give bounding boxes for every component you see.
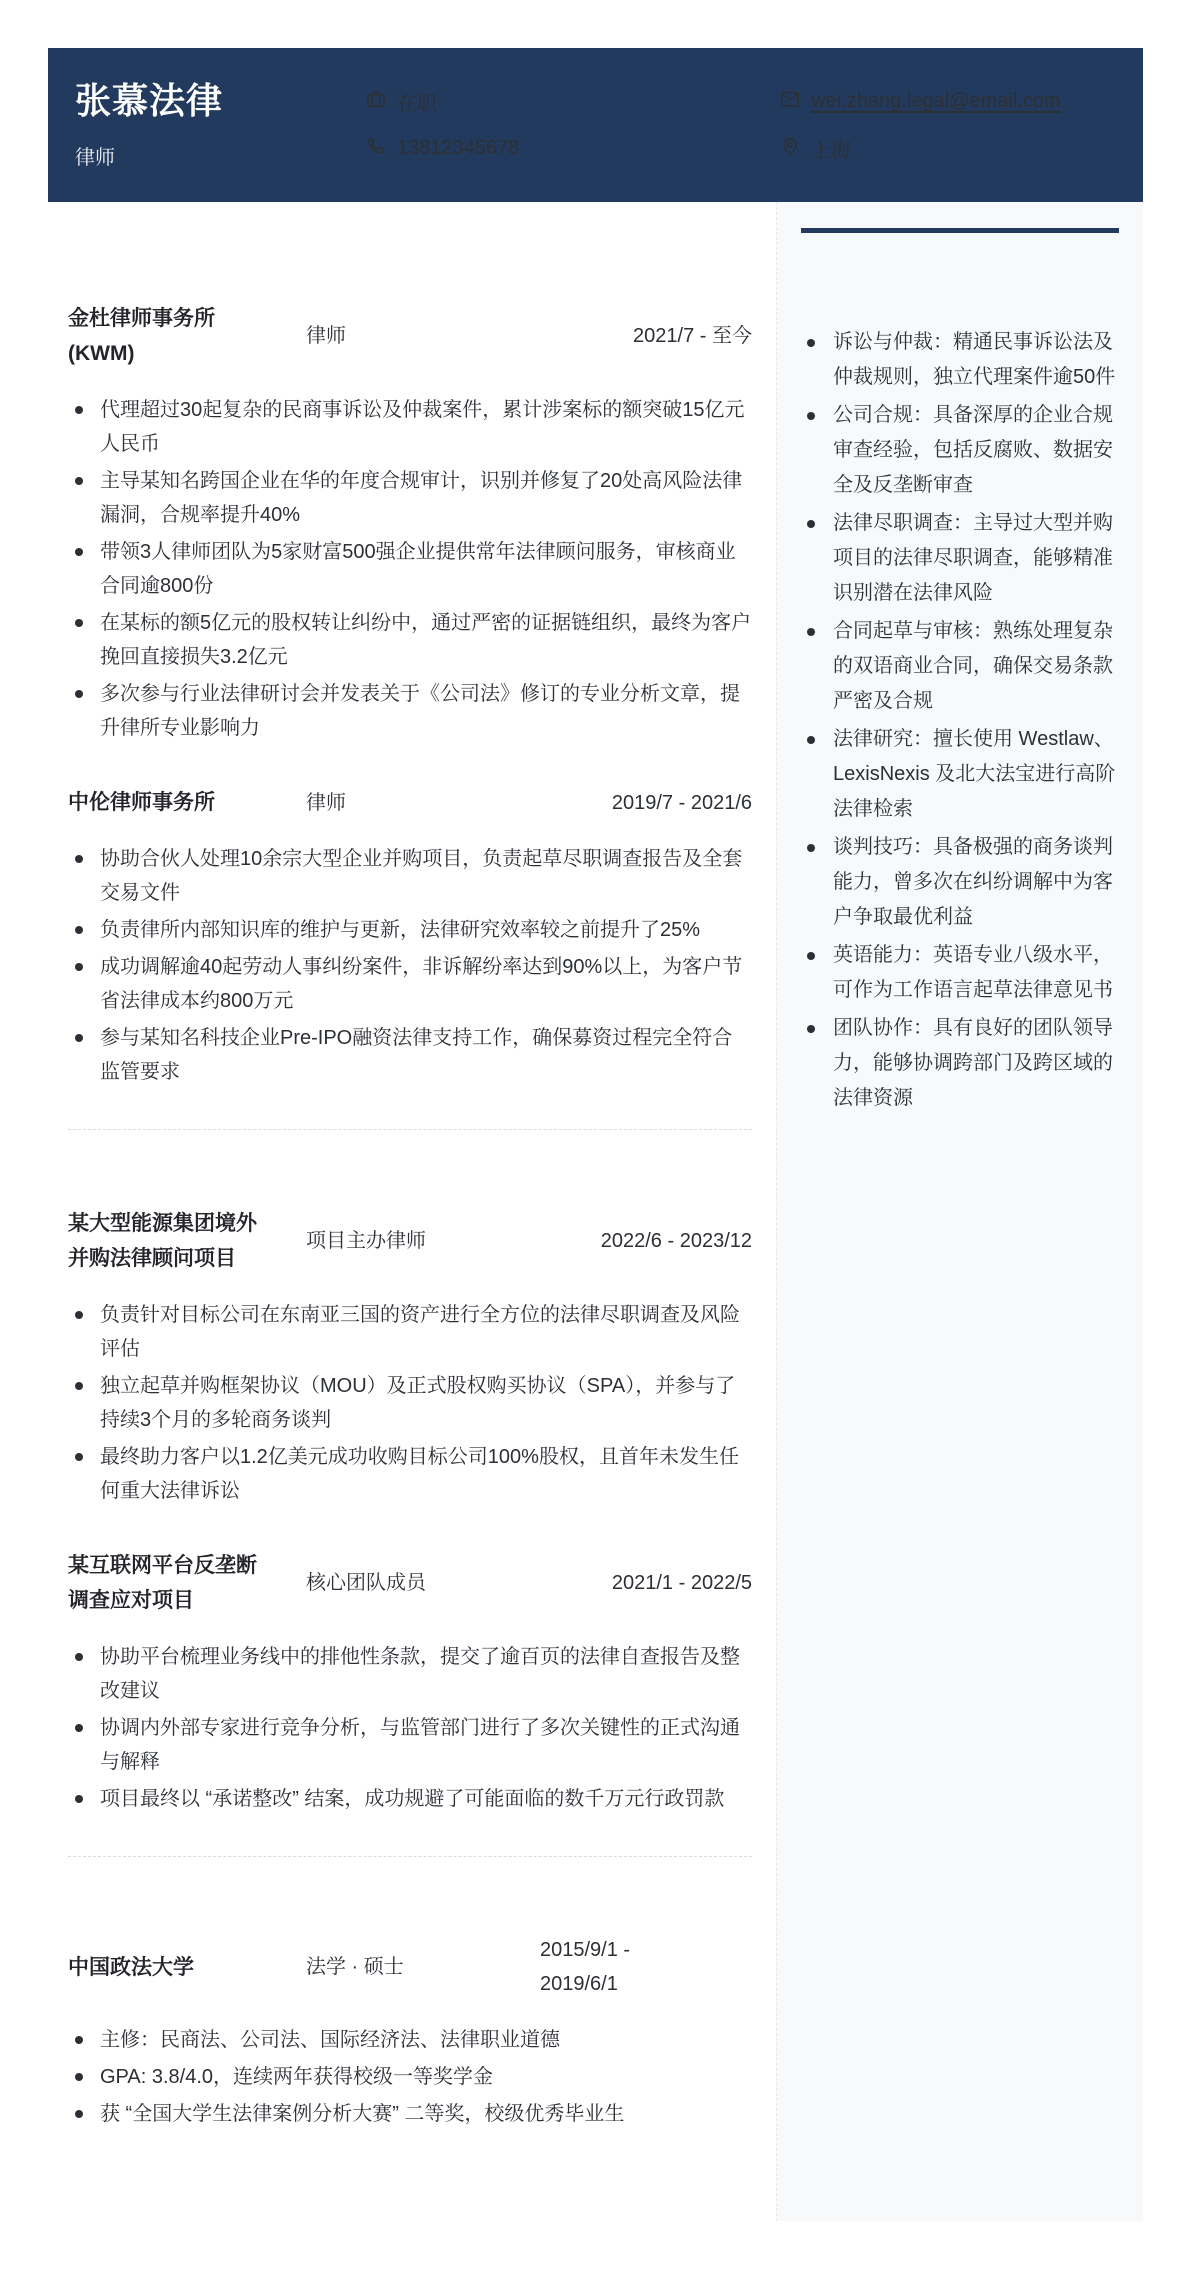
entry-header: 某大型能源集团境外并购法律顾问项目 项目主办律师 2022/6 - 2023/1… (68, 1206, 752, 1276)
school-name: 中国政法大学 (68, 1950, 268, 1985)
skill-item: 法律尽职调查：主导过大型并购项目的法律尽职调查，能够精准识别潜在法律风险 (801, 506, 1119, 611)
achievement-item: 带领3人律师团队为5家财富500强企业提供常年法律顾问服务，审核商业合同逾800… (68, 535, 752, 603)
achievement-item: 主修：民商法、公司法、国际经济法、法律职业道德 (68, 2023, 752, 2057)
skills-sidebar: 诉讼与仲裁：精通民事诉讼法及仲裁规则，独立代理案件逾50件 公司合规：具备深厚的… (776, 202, 1143, 2221)
skill-item: 法律研究：擅长使用 Westlaw、LexisNexis 及北大法宝进行高阶法律… (801, 722, 1119, 827)
skills-list: 诉讼与仲裁：精通民事诉讼法及仲裁规则，独立代理案件逾50件 公司合规：具备深厚的… (801, 325, 1119, 1116)
contact-phone-text: 13812345678 (397, 137, 519, 160)
contact-status: 在职 (365, 87, 779, 116)
date-range: 2022/6 - 2023/12 (601, 1224, 752, 1258)
achievement-item: 获 “全国大学生法律案例分析大赛” 二等奖，校级优秀毕业生 (68, 2097, 752, 2131)
job-role: 律师 (306, 319, 346, 353)
person-name: 张慕法律 (75, 80, 365, 121)
achievement-list: 负责针对目标公司在东南亚三国的资产进行全方位的法律尽职调查及风险评估 独立起草并… (68, 1298, 752, 1508)
date-range: 2021/1 - 2022/5 (612, 1566, 752, 1600)
project-role: 项目主办律师 (306, 1224, 426, 1258)
entry-header: 某互联网平台反垄断调查应对项目 核心团队成员 2021/1 - 2022/5 (68, 1548, 752, 1618)
entry-header: 金杜律师事务所 (KWM) 律师 2021/7 - 至今 (68, 301, 752, 371)
project-entry: 某互联网平台反垄断调查应对项目 核心团队成员 2021/1 - 2022/5 协… (68, 1548, 752, 1816)
experience-entry: 金杜律师事务所 (KWM) 律师 2021/7 - 至今 代理超过30起复杂的民… (68, 301, 752, 745)
achievement-list: 主修：民商法、公司法、国际经济法、法律职业道德 GPA: 3.8/4.0，连续两… (68, 2023, 752, 2131)
achievement-item: GPA: 3.8/4.0，连续两年获得校级一等奖学金 (68, 2060, 752, 2094)
header-band: 张慕法律 律师 在职 wei.zhang.legal@email.com 138… (48, 48, 1143, 202)
skill-item: 英语能力：英语专业八级水平，可作为工作语言起草法律意见书 (801, 938, 1119, 1008)
location-pin-icon (779, 135, 801, 163)
sidebar-accent-rule (801, 228, 1119, 233)
achievement-item: 参与某知名科技企业Pre-IPO融资法律支持工作，确保募资过程完全符合监管要求 (68, 1021, 752, 1089)
project-name: 某互联网平台反垄断调查应对项目 (68, 1548, 268, 1618)
person-title: 律师 (75, 141, 365, 170)
project-entry: 某大型能源集团境外并购法律顾问项目 项目主办律师 2022/6 - 2023/1… (68, 1206, 752, 1508)
achievement-list: 代理超过30起复杂的民商事诉讼及仲裁案件，累计涉案标的额突破15亿元人民币 主导… (68, 393, 752, 745)
mail-icon (779, 88, 801, 116)
skill-item: 团队协作：具有良好的团队领导力，能够协调跨部门及跨区域的法律资源 (801, 1011, 1119, 1116)
education-entry: 中国政法大学 法学 · 硕士 2015/9/1 - 2019/6/1 主修：民商… (68, 1933, 752, 2131)
briefcase-icon (365, 88, 387, 116)
company-name: 中伦律师事务所 (68, 785, 268, 820)
contact-email: wei.zhang.legal@email.com (779, 88, 1119, 116)
skill-item: 谈判技巧：具备极强的商务谈判能力，曾多次在纠纷调解中为客户争取最优利益 (801, 830, 1119, 935)
achievement-list: 协助平台梳理业务线中的排他性条款，提交了逾百页的法律自查报告及整改建议 协调内外… (68, 1640, 752, 1816)
contact-location-text: 上海 (811, 134, 851, 163)
job-role: 律师 (306, 786, 346, 820)
phone-icon (365, 135, 387, 163)
section-divider (68, 1856, 752, 1857)
achievement-list: 协助合伙人处理10余宗大型企业并购项目，负责起草尽职调查报告及全套交易文件 负责… (68, 842, 752, 1089)
main-column: 金杜律师事务所 (KWM) 律师 2021/7 - 至今 代理超过30起复杂的民… (48, 202, 776, 2221)
achievement-item: 代理超过30起复杂的民商事诉讼及仲裁案件，累计涉案标的额突破15亿元人民币 (68, 393, 752, 461)
experience-entry: 中伦律师事务所 律师 2019/7 - 2021/6 协助合伙人处理10余宗大型… (68, 785, 752, 1089)
date-range: 2015/9/1 - 2019/6/1 (540, 1933, 752, 2001)
date-range: 2021/7 - 至今 (633, 319, 752, 353)
entry-header: 中国政法大学 法学 · 硕士 2015/9/1 - 2019/6/1 (68, 1933, 752, 2001)
achievement-item: 协调内外部专家进行竞争分析，与监管部门进行了多次关键性的正式沟通与解释 (68, 1711, 752, 1779)
skill-item: 公司合规：具备深厚的企业合规审查经验，包括反腐败、数据安全及反垄断审查 (801, 398, 1119, 503)
section-divider (68, 1129, 752, 1130)
achievement-item: 成功调解逾40起劳动人事纠纷案件，非诉解纷率达到90%以上，为客户节省法律成本约… (68, 950, 752, 1018)
achievement-item: 项目最终以 “承诺整改” 结案，成功规避了可能面临的数千万元行政罚款 (68, 1782, 752, 1816)
achievement-item: 协助合伙人处理10余宗大型企业并购项目，负责起草尽职调查报告及全套交易文件 (68, 842, 752, 910)
achievement-item: 协助平台梳理业务线中的排他性条款，提交了逾百页的法律自查报告及整改建议 (68, 1640, 752, 1708)
contact-status-text: 在职 (397, 87, 437, 116)
achievement-item: 在某标的额5亿元的股权转让纠纷中，通过严密的证据链组织，最终为客户挽回直接损失3… (68, 606, 752, 674)
degree: 法学 · 硕士 (306, 1950, 404, 1984)
skill-item: 诉讼与仲裁：精通民事诉讼法及仲裁规则，独立代理案件逾50件 (801, 325, 1119, 395)
achievement-item: 负责针对目标公司在东南亚三国的资产进行全方位的法律尽职调查及风险评估 (68, 1298, 752, 1366)
contact-email-link[interactable]: wei.zhang.legal@email.com (811, 90, 1060, 113)
project-role: 核心团队成员 (306, 1566, 426, 1600)
achievement-item: 主导某知名跨国企业在华的年度合规审计，识别并修复了20处高风险法律漏洞，合规率提… (68, 464, 752, 532)
contact-grid: 在职 wei.zhang.legal@email.com 13812345678… (365, 87, 1119, 163)
body-columns: 金杜律师事务所 (KWM) 律师 2021/7 - 至今 代理超过30起复杂的民… (48, 202, 1143, 2221)
contact-location: 上海 (779, 134, 1119, 163)
company-name: 金杜律师事务所 (KWM) (68, 301, 268, 371)
skill-item: 合同起草与审核：熟练处理复杂的双语商业合同，确保交易条款严密及合规 (801, 614, 1119, 719)
date-range: 2019/7 - 2021/6 (612, 786, 752, 820)
name-block: 张慕法律 律师 (75, 80, 365, 170)
achievement-item: 最终助力客户以1.2亿美元成功收购目标公司100%股权，且首年未发生任何重大法律… (68, 1440, 752, 1508)
achievement-item: 独立起草并购框架协议（MOU）及正式股权购买协议（SPA），并参与了持续3个月的… (68, 1369, 752, 1437)
project-name: 某大型能源集团境外并购法律顾问项目 (68, 1206, 268, 1276)
contact-phone: 13812345678 (365, 135, 779, 163)
achievement-item: 多次参与行业法律研讨会并发表关于《公司法》修订的专业分析文章，提升律所专业影响力 (68, 677, 752, 745)
entry-header: 中伦律师事务所 律师 2019/7 - 2021/6 (68, 785, 752, 820)
resume-page: 张慕法律 律师 在职 wei.zhang.legal@email.com 138… (0, 0, 1191, 2271)
achievement-item: 负责律所内部知识库的维护与更新，法律研究效率较之前提升了25% (68, 913, 752, 947)
